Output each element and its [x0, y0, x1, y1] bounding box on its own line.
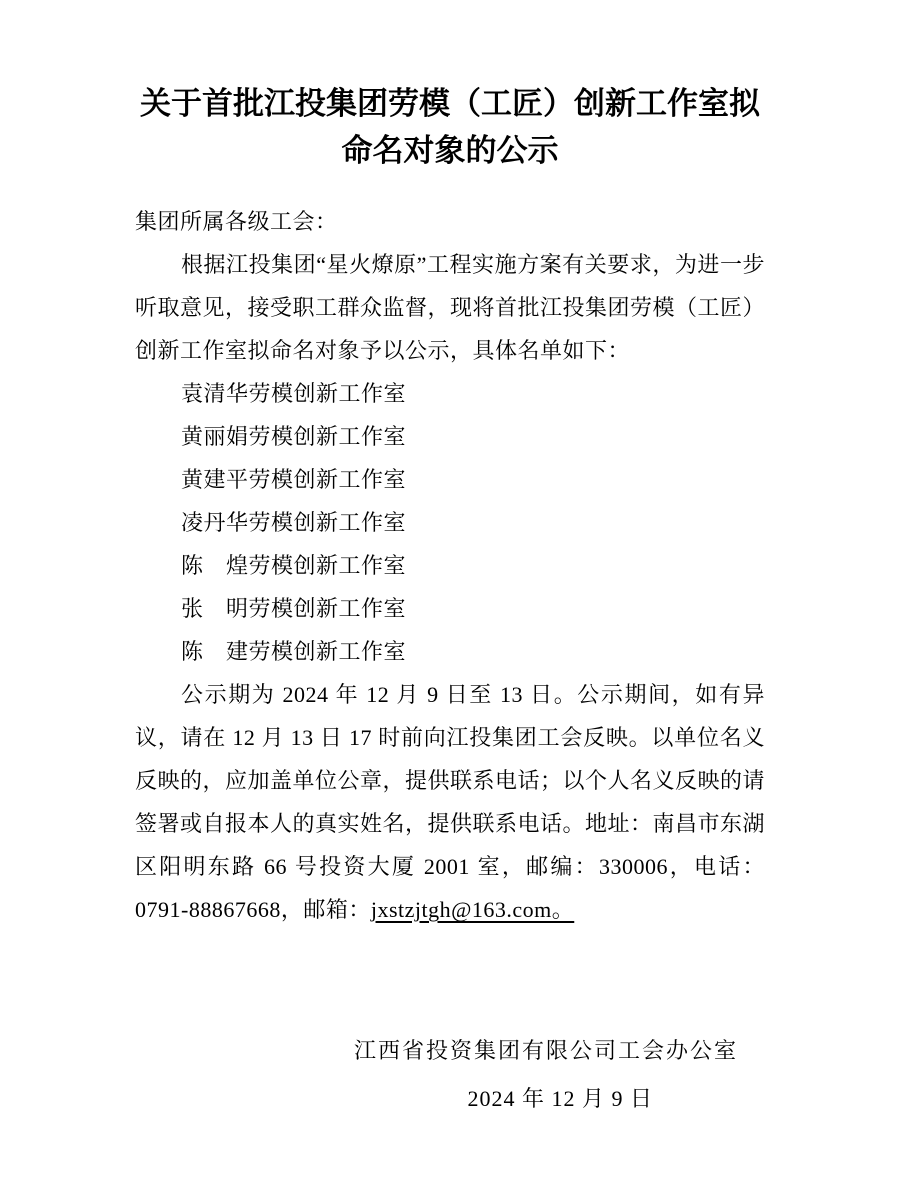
studio-list-item: 陈 建劳模创新工作室 — [135, 630, 765, 673]
notice-paragraph-text: 公示期为 2024 年 12 月 9 日至 13 日。公示期间，如有异议，请在 … — [135, 682, 765, 922]
studio-list-item: 张 明劳模创新工作室 — [135, 587, 765, 630]
notice-paragraph: 公示期为 2024 年 12 月 9 日至 13 日。公示期间，如有异议，请在 … — [135, 673, 765, 931]
email-link[interactable]: jxstzjtgh@163.com。 — [371, 897, 574, 922]
studio-list-item: 凌丹华劳模创新工作室 — [135, 501, 765, 544]
document-title-line-1: 关于首批江投集团劳模（工匠）创新工作室拟 — [135, 80, 765, 127]
studio-list-item: 袁清华劳模创新工作室 — [135, 372, 765, 415]
signature-organization: 江西省投资集团有限公司工会办公室 — [135, 1027, 738, 1075]
signature-date: 2024 年 12 月 9 日 — [135, 1075, 653, 1123]
salutation: 集团所属各级工会： — [135, 200, 765, 243]
studio-list-item: 陈 煌劳模创新工作室 — [135, 544, 765, 587]
studio-list-item: 黄建平劳模创新工作室 — [135, 458, 765, 501]
signature-block: 江西省投资集团有限公司工会办公室 2024 年 12 月 9 日 — [135, 1027, 765, 1123]
document-title: 关于首批江投集团劳模（工匠）创新工作室拟 命名对象的公示 — [135, 80, 765, 174]
intro-paragraph: 根据江投集团“星火燎原”工程实施方案有关要求，为进一步听取意见，接受职工群众监督… — [135, 243, 765, 372]
studio-list-item: 黄丽娟劳模创新工作室 — [135, 415, 765, 458]
document-body: 集团所属各级工会： 根据江投集团“星火燎原”工程实施方案有关要求，为进一步听取意… — [135, 200, 765, 931]
document-page: 关于首批江投集团劳模（工匠）创新工作室拟 命名对象的公示 集团所属各级工会： 根… — [0, 0, 900, 1203]
document-title-line-2: 命名对象的公示 — [135, 127, 765, 174]
